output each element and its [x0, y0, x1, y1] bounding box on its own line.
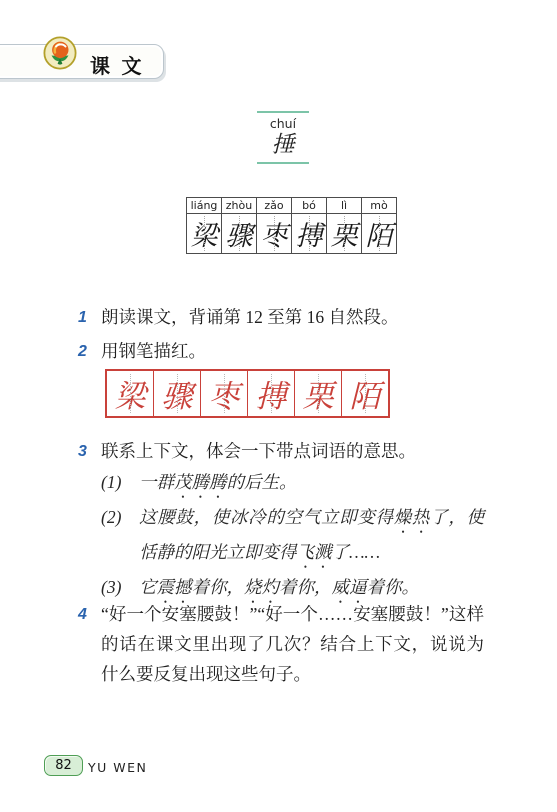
exercise-text: 联系上下文，体会一下带点词语的意思。 [101, 436, 484, 467]
book-title-pinyin: YU WEN [88, 760, 147, 775]
subitem-marker: (2) [101, 502, 139, 572]
subitem-text: 这腰鼓，使冰冷的空气立即变得燥热了，使恬静的阳光立即变得飞溅了…… [139, 502, 484, 572]
pronunciation-box: chuí 捶 [257, 111, 309, 164]
exercise-body: “好一个安塞腰鼓！”“好一个……安塞腰鼓！”这样的话在课文里出现了几次？结合上下… [101, 599, 484, 689]
vocab-char-cell: 搏 [292, 214, 327, 254]
emphasized-phrase: 震撼 [157, 577, 192, 597]
trace-table: 梁骤枣搏栗陌 [105, 369, 390, 418]
trace-char-cell: 栗 [295, 370, 342, 417]
textbook-page: 课 文 chuí 捶 liángzhòuzǎobólìmò 梁骤枣搏栗陌 1 朗… [0, 0, 557, 812]
exercise-1: 1 朗读课文，背诵第 12 至第 16 自然段。 [78, 302, 484, 333]
section-title: 课 文 [90, 50, 145, 79]
exercise-subitem: (2)这腰鼓，使冰冷的空气立即变得燥热了，使恬静的阳光立即变得飞溅了…… [101, 502, 484, 572]
subitem-marker: (1) [101, 467, 139, 502]
emphasized-phrase: 威逼 [332, 577, 367, 597]
vocab-pinyin-row: liángzhòuzǎobólìmò [187, 198, 397, 214]
exercise-subitem: (1)一群茂腾腾的后生。 [101, 467, 484, 502]
vocab-char-cell: 枣 [257, 214, 292, 254]
page-number-badge: 82 [44, 755, 83, 776]
vocab-pinyin-cell: liáng [187, 198, 222, 214]
vocab-pinyin-cell: mò [362, 198, 397, 214]
exercise-4: 4 “好一个安塞腰鼓！”“好一个……安塞腰鼓！”这样的话在课文里出现了几次？结合… [78, 599, 484, 689]
trace-char-cell: 搏 [248, 370, 295, 417]
exercise-text: 朗读课文，背诵第 12 至第 16 自然段。 [101, 302, 484, 333]
vocab-char-cell: 梁 [187, 214, 222, 254]
exercise-number: 2 [78, 336, 101, 367]
trace-row: 梁骤枣搏栗陌 [106, 370, 389, 417]
exercise-3: 3 联系上下文，体会一下带点词语的意思。(1)一群茂腾腾的后生。(2)这腰鼓，使… [78, 436, 484, 607]
vocab-char-cell: 陌 [362, 214, 397, 254]
vocab-char-cell: 栗 [327, 214, 362, 254]
vocab-pinyin-cell: lì [327, 198, 362, 214]
trace-char-cell: 梁 [106, 370, 154, 417]
trace-char-cell: 骤 [154, 370, 201, 417]
exercise-number: 4 [78, 599, 101, 689]
exercise-2: 2 用钢笔描红。 [78, 336, 484, 367]
flower-logo-icon [43, 36, 77, 70]
vocab-char-row: 梁骤枣搏栗陌 [187, 214, 397, 254]
trace-char-cell: 枣 [201, 370, 248, 417]
exercise-number: 3 [78, 436, 101, 607]
emphasized-phrase: 烧灼 [244, 577, 279, 597]
vocab-pinyin-cell: zǎo [257, 198, 292, 214]
vocab-pinyin-cell: zhòu [222, 198, 257, 214]
pronunciation-character: 捶 [257, 131, 309, 158]
exercise-body: 联系上下文，体会一下带点词语的意思。(1)一群茂腾腾的后生。(2)这腰鼓，使冰冷… [101, 436, 484, 607]
vocab-table: liángzhòuzǎobólìmò 梁骤枣搏栗陌 [186, 197, 397, 254]
exercise-body: 用钢笔描红。 [101, 336, 484, 367]
exercise-number: 1 [78, 302, 101, 333]
exercise-text: “好一个安塞腰鼓！”“好一个……安塞腰鼓！”这样的话在课文里出现了几次？结合上下… [101, 599, 484, 689]
exercise-text: 用钢笔描红。 [101, 336, 484, 367]
pronunciation-pinyin: chuí [257, 116, 309, 131]
emphasized-phrase: 飞溅 [297, 542, 332, 562]
trace-char-cell: 陌 [342, 370, 390, 417]
vocab-char-cell: 骤 [222, 214, 257, 254]
exercise-body: 朗读课文，背诵第 12 至第 16 自然段。 [101, 302, 484, 333]
subitem-text: 一群茂腾腾的后生。 [139, 467, 484, 502]
emphasized-phrase: 燥热 [394, 507, 430, 527]
emphasized-phrase: 茂腾腾 [174, 472, 227, 492]
vocab-pinyin-cell: bó [292, 198, 327, 214]
